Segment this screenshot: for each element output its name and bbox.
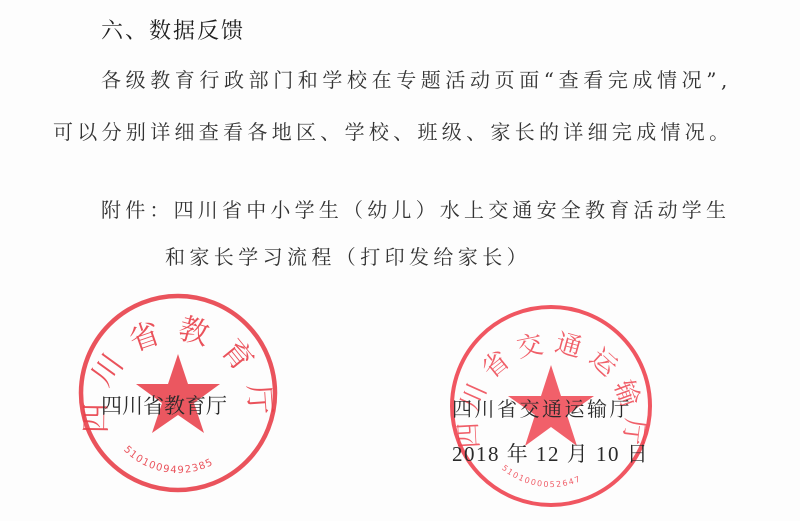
- attachment-line-2: 和家长学习流程（打印发给家长）: [165, 241, 531, 270]
- section-title: 六、数据反馈: [101, 14, 245, 45]
- paragraph-line-2: 可以分别详细查看各地区、学校、班级、家长的详细完成情况。: [53, 116, 733, 145]
- attachment-line-1: 附件：四川省中小学生（幼儿）水上交通安全教育活动学生: [101, 194, 730, 223]
- document-page: 六、数据反馈 各级教育行政部门和学校在专题活动页面“查看完成情况”, 可以分别详…: [0, 0, 800, 521]
- paragraph-line-1: 各级教育行政部门和学校在专题活动页面“查看完成情况”,: [101, 64, 732, 93]
- transportation-department-signature: 四川省交通运输厅: [452, 393, 632, 422]
- education-department-signature: 四川省教育厅: [101, 390, 227, 420]
- signing-date: 2018 年 12 月 10 日: [452, 438, 649, 468]
- seal-serial: 5101009492385: [121, 444, 215, 476]
- svg-text:5101009492385: 5101009492385: [121, 444, 215, 476]
